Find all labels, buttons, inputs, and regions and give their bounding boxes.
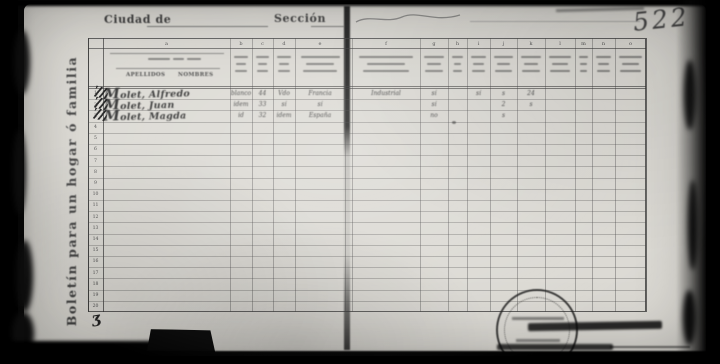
- row-number: 18: [88, 281, 103, 289]
- header-text-smudge: [303, 70, 337, 72]
- entry-mark: s: [490, 112, 517, 120]
- header-text-smudge: [278, 70, 290, 72]
- column-letter: l: [545, 40, 575, 48]
- ink-smear: [497, 344, 613, 350]
- column-letter: i: [467, 40, 490, 48]
- table-row-line: [88, 133, 646, 134]
- row-number: 19: [88, 292, 103, 300]
- row-number: 10: [88, 191, 103, 199]
- entry-mark: 33: [252, 101, 273, 109]
- name-header-title-smudge: [173, 58, 184, 60]
- entry-mark: idem: [230, 101, 252, 109]
- header-text-smudge: [279, 63, 289, 65]
- apellidos-subheader: Apellidos: [126, 72, 165, 78]
- binding-blob: [683, 290, 696, 345]
- header-text-smudge: [522, 70, 540, 72]
- header-text-smudge: [598, 63, 609, 65]
- header-text-smudge: [552, 63, 567, 65]
- header-text-smudge: [473, 63, 484, 65]
- torn-edge-blob: [16, 240, 33, 312]
- entry-mark: sí: [273, 101, 295, 109]
- header-text-smudge: [367, 63, 404, 65]
- scanned-census-register-photo: Boletín para un hogar ó familia Ciudad d…: [0, 0, 720, 364]
- table-column-line: [448, 38, 449, 312]
- table-row-line: [88, 155, 646, 156]
- table-row-line: [88, 278, 646, 279]
- entry-mark: Francia: [295, 90, 345, 98]
- binding-blob: [684, 60, 696, 130]
- entry-mark: blanco: [230, 90, 252, 98]
- name-header-rule: [110, 53, 224, 54]
- column-letter: a: [103, 40, 230, 48]
- table-column-line: [252, 38, 253, 312]
- header-text-smudge: [495, 70, 512, 72]
- header-text-smudge: [424, 56, 444, 58]
- table-column-line: [295, 38, 296, 312]
- header-text-smudge: [620, 70, 640, 72]
- header-text-smudge: [425, 70, 443, 72]
- column-letter: k: [517, 40, 545, 48]
- entry-mark: 44: [252, 90, 273, 98]
- column-letter: e: [295, 40, 345, 48]
- stamp-text-smudge: [516, 339, 560, 342]
- table-column-line: [615, 38, 616, 312]
- stamp-text-smudge: [512, 317, 564, 320]
- entry-mark: sí: [420, 90, 448, 98]
- entry-mark: s: [490, 90, 517, 98]
- table-row-line: [88, 144, 646, 145]
- header-text-smudge: [277, 56, 291, 58]
- table-column-line: [490, 38, 491, 312]
- table-column-line: [575, 38, 576, 312]
- table-column-line: [592, 38, 593, 312]
- table-column-line: [352, 38, 353, 312]
- torn-edge-blob: [13, 130, 26, 214]
- header-text-smudge: [257, 70, 268, 72]
- header-text-smudge: [427, 63, 441, 65]
- entry-mark: 24: [517, 90, 545, 98]
- header-text-smudge: [596, 56, 611, 58]
- header-text-smudge: [472, 70, 485, 72]
- name-header-rule: [116, 68, 220, 69]
- header-text-smudge: [622, 63, 638, 65]
- column-letter: c: [252, 40, 273, 48]
- header-text-smudge: [306, 63, 333, 65]
- entry-mark: Industrial: [352, 90, 420, 98]
- table-row-line: [88, 256, 646, 257]
- table-column-line: [273, 38, 274, 312]
- header-text-smudge: [549, 56, 571, 58]
- entry-mark: 32: [252, 112, 273, 120]
- table-row-line: [88, 234, 646, 235]
- entry-mark: sí: [420, 101, 448, 109]
- header-text-smudge: [580, 63, 586, 65]
- row-number: 17: [88, 270, 103, 278]
- entry-mark: no: [420, 112, 448, 120]
- stray-ink-dot: [452, 121, 456, 124]
- row-number: 11: [88, 202, 103, 210]
- column-letter: m: [575, 40, 592, 48]
- row-number: 6: [88, 146, 103, 154]
- table-column-line: [517, 38, 518, 312]
- row-number: 15: [88, 247, 103, 255]
- table-column-line: [420, 38, 421, 312]
- entry-mark: s: [517, 101, 545, 109]
- column-letter: b: [230, 40, 252, 48]
- header-text-smudge: [452, 56, 463, 58]
- header-text-smudge: [258, 63, 267, 65]
- table-row-line: [88, 178, 646, 179]
- table-column-line: [103, 38, 104, 312]
- name-header-title-smudge: [148, 58, 170, 60]
- row-number: 7: [88, 158, 103, 166]
- row-number: 8: [88, 169, 103, 177]
- header-text-smudge: [550, 70, 569, 72]
- header-text-smudge: [236, 63, 246, 65]
- row-number: 9: [88, 180, 103, 188]
- table-row-line: [88, 166, 646, 167]
- nombres-subheader: Nombres: [178, 72, 213, 78]
- column-letter: o: [615, 40, 646, 48]
- entry-mark: id: [230, 112, 252, 120]
- row-number: 16: [88, 258, 103, 266]
- table-row-line: [88, 245, 646, 246]
- torn-edge-blob: [14, 30, 30, 94]
- row-number: 14: [88, 236, 103, 244]
- table-row-line: [88, 200, 646, 201]
- header-text-smudge: [494, 56, 513, 58]
- header-text-smudge: [363, 70, 410, 72]
- table-column-line: [230, 38, 231, 312]
- table-row-line: [88, 267, 646, 268]
- binding-blob: [688, 180, 698, 270]
- table-row-line: [88, 211, 646, 212]
- table-row-line: [88, 222, 646, 223]
- entry-mark: idem: [273, 112, 295, 120]
- table-grid: abcdefghijklmno1234567891011121314151617…: [0, 0, 720, 364]
- header-text-smudge: [579, 56, 588, 58]
- row-number: 13: [88, 225, 103, 233]
- column-letter: f: [352, 40, 420, 48]
- table-column-line: [345, 38, 346, 312]
- header-text-smudge: [453, 70, 463, 72]
- header-text-smudge: [524, 63, 538, 65]
- table-column-line: [467, 38, 468, 312]
- table-column-line: [545, 38, 546, 312]
- row-number: 20: [88, 303, 103, 311]
- entry-mark: 2: [490, 101, 517, 109]
- header-text-smudge: [454, 63, 462, 65]
- header-text-smudge: [580, 70, 588, 72]
- header-text-smudge: [301, 56, 340, 58]
- scan-border-top: [0, 0, 720, 6]
- header-text-smudge: [256, 56, 269, 58]
- table-header-line: [88, 48, 646, 49]
- table-row-line: [88, 189, 646, 190]
- column-letter: h: [448, 40, 467, 48]
- entry-mark: sí: [295, 101, 345, 109]
- table-row-line: [88, 290, 646, 291]
- column-letter: g: [420, 40, 448, 48]
- column-letter: d: [273, 40, 295, 48]
- header-text-smudge: [235, 70, 247, 72]
- column-letter: j: [490, 40, 517, 48]
- header-text-smudge: [471, 56, 486, 58]
- header-text-smudge: [497, 63, 510, 65]
- name-header-title-smudge: [187, 58, 201, 60]
- entry-mark: Vdo: [273, 90, 295, 98]
- header-text-smudge: [359, 56, 412, 58]
- header-text-smudge: [597, 70, 610, 72]
- row-number: 5: [88, 135, 103, 143]
- scan-border-bottom: [0, 351, 720, 364]
- row-number: 12: [88, 214, 103, 222]
- header-text-smudge: [234, 56, 248, 58]
- header-text-smudge: [521, 56, 541, 58]
- row-number: 4: [88, 124, 103, 132]
- header-text-smudge: [619, 56, 642, 58]
- table-column-line: [646, 38, 647, 312]
- scan-border-right: [706, 0, 720, 364]
- column-letter: n: [592, 40, 615, 48]
- entry-mark: sí: [467, 90, 490, 98]
- entry-mark: España: [295, 112, 345, 120]
